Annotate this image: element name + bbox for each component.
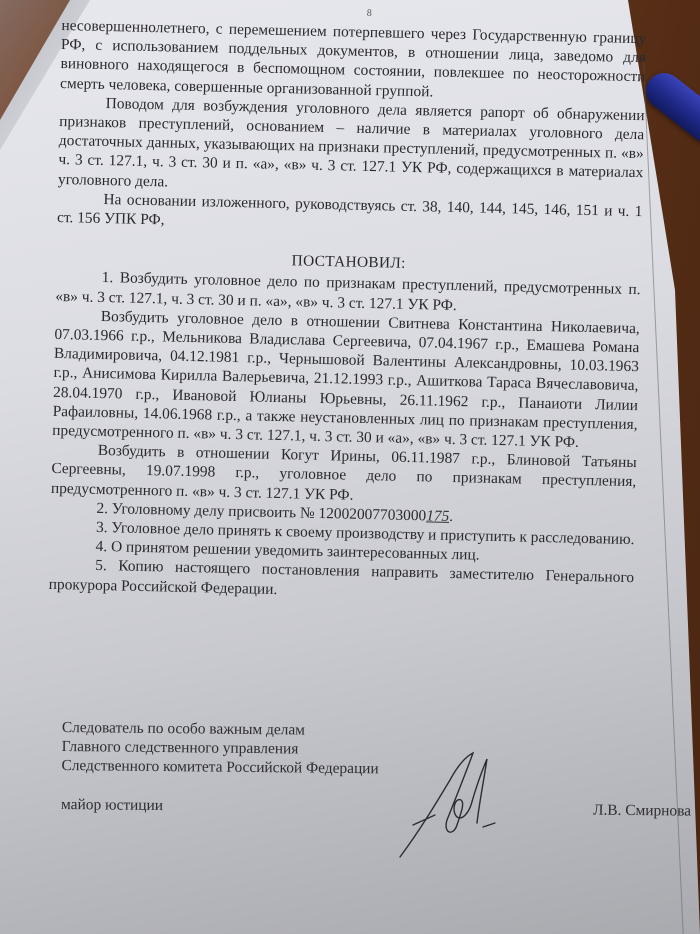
handwritten-signature-icon xyxy=(395,745,505,865)
item2-period: . xyxy=(449,508,453,525)
persons-paragraph: Возбудить уголовное дело в отношении Сви… xyxy=(52,306,640,454)
intro-paragraph: несовершеннолетнего, с перемешением поте… xyxy=(60,16,647,106)
signature-block: Следователь по особо важным делам Главно… xyxy=(61,718,692,820)
signer-rank: майор юстиции xyxy=(61,795,163,815)
handwritten-case-suffix: 175 xyxy=(426,507,449,525)
signer-name: Л.В. Смирнова xyxy=(593,800,691,820)
document-body: 8 несовершеннолетнего, с перемешением по… xyxy=(49,2,647,607)
item-number: 1. xyxy=(102,269,114,286)
reason-paragraph: Поводом для возбуждения уголовного дела … xyxy=(58,93,645,202)
